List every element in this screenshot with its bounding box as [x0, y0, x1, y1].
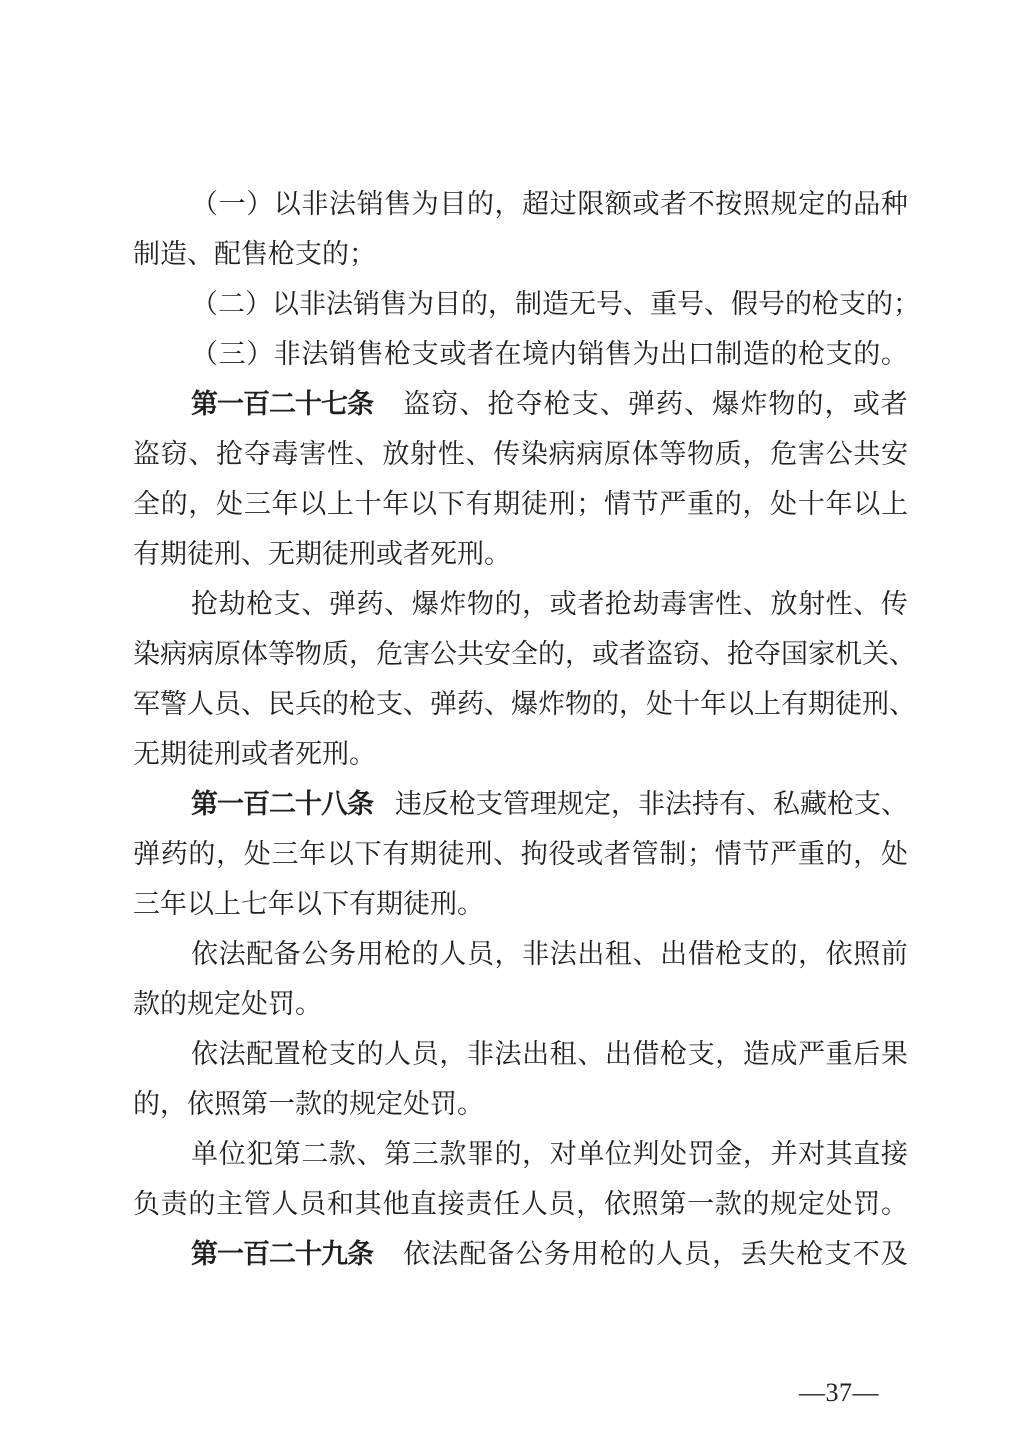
text-line: （三）非法销售枪支或者在境内销售为出口制造的枪支的。 — [133, 329, 908, 379]
text-line: 三年以上七年以下有期徒刑。 — [133, 879, 908, 929]
text-line: 制造、配售枪支的； — [133, 229, 908, 279]
text-line: 单位犯第二款、第三款罪的，对单位判处罚金，并对其直接 — [133, 1129, 908, 1179]
article-number: 第一百二十七条 — [191, 379, 373, 429]
text-line: 有期徒刑、无期徒刑或者死刑。 — [133, 529, 908, 579]
text-line: 第一百二十九条依法配备公务用枪的人员，丢失枪支不及 — [133, 1229, 908, 1279]
article-number: 第一百二十八条 — [191, 779, 373, 829]
article-number: 第一百二十九条 — [191, 1229, 373, 1279]
text-line: （一）以非法销售为目的，超过限额或者不按照规定的品种 — [133, 179, 908, 229]
text-line: 抢劫枪支、弹药、爆炸物的，或者抢劫毒害性、放射性、传 — [133, 579, 908, 629]
text-line: 依法配置枪支的人员，非法出租、出借枪支，造成严重后果 — [133, 1029, 908, 1079]
text-line: 负责的主管人员和其他直接责任人员，依照第一款的规定处罚。 — [133, 1179, 908, 1229]
text-line: 弹药的，处三年以下有期徒刑、拘役或者管制；情节严重的，处 — [133, 829, 908, 879]
text-line: 军警人员、民兵的枪支、弹药、爆炸物的，处十年以上有期徒刑、 — [133, 679, 908, 729]
text-line: 第一百二十七条盗窃、抢夺枪支、弹药、爆炸物的，或者 — [133, 379, 908, 429]
text-block: （一）以非法销售为目的，超过限额或者不按照规定的品种制造、配售枪支的；（二）以非… — [133, 179, 908, 1279]
text-line: （二）以非法销售为目的，制造无号、重号、假号的枪支的； — [133, 279, 908, 329]
text-line: 无期徒刑或者死刑。 — [133, 729, 908, 779]
text-line: 染病病原体等物质，危害公共安全的，或者盗窃、抢夺国家机关、 — [133, 629, 908, 679]
text-line: 款的规定处罚。 — [133, 979, 908, 1029]
page-number: —37— — [799, 1379, 879, 1407]
text-line: 第一百二十八条违反枪支管理规定，非法持有、私藏枪支、 — [133, 779, 908, 829]
text-line: 全的，处三年以上十年以下有期徒刑；情节严重的，处十年以上 — [133, 479, 908, 529]
document-page: （一）以非法销售为目的，超过限额或者不按照规定的品种制造、配售枪支的；（二）以非… — [0, 0, 1024, 1448]
text-line: 的，依照第一款的规定处罚。 — [133, 1079, 908, 1129]
text-line: 盗窃、抢夺毒害性、放射性、传染病病原体等物质，危害公共安 — [133, 429, 908, 479]
text-line: 依法配备公务用枪的人员，非法出租、出借枪支的，依照前 — [133, 929, 908, 979]
